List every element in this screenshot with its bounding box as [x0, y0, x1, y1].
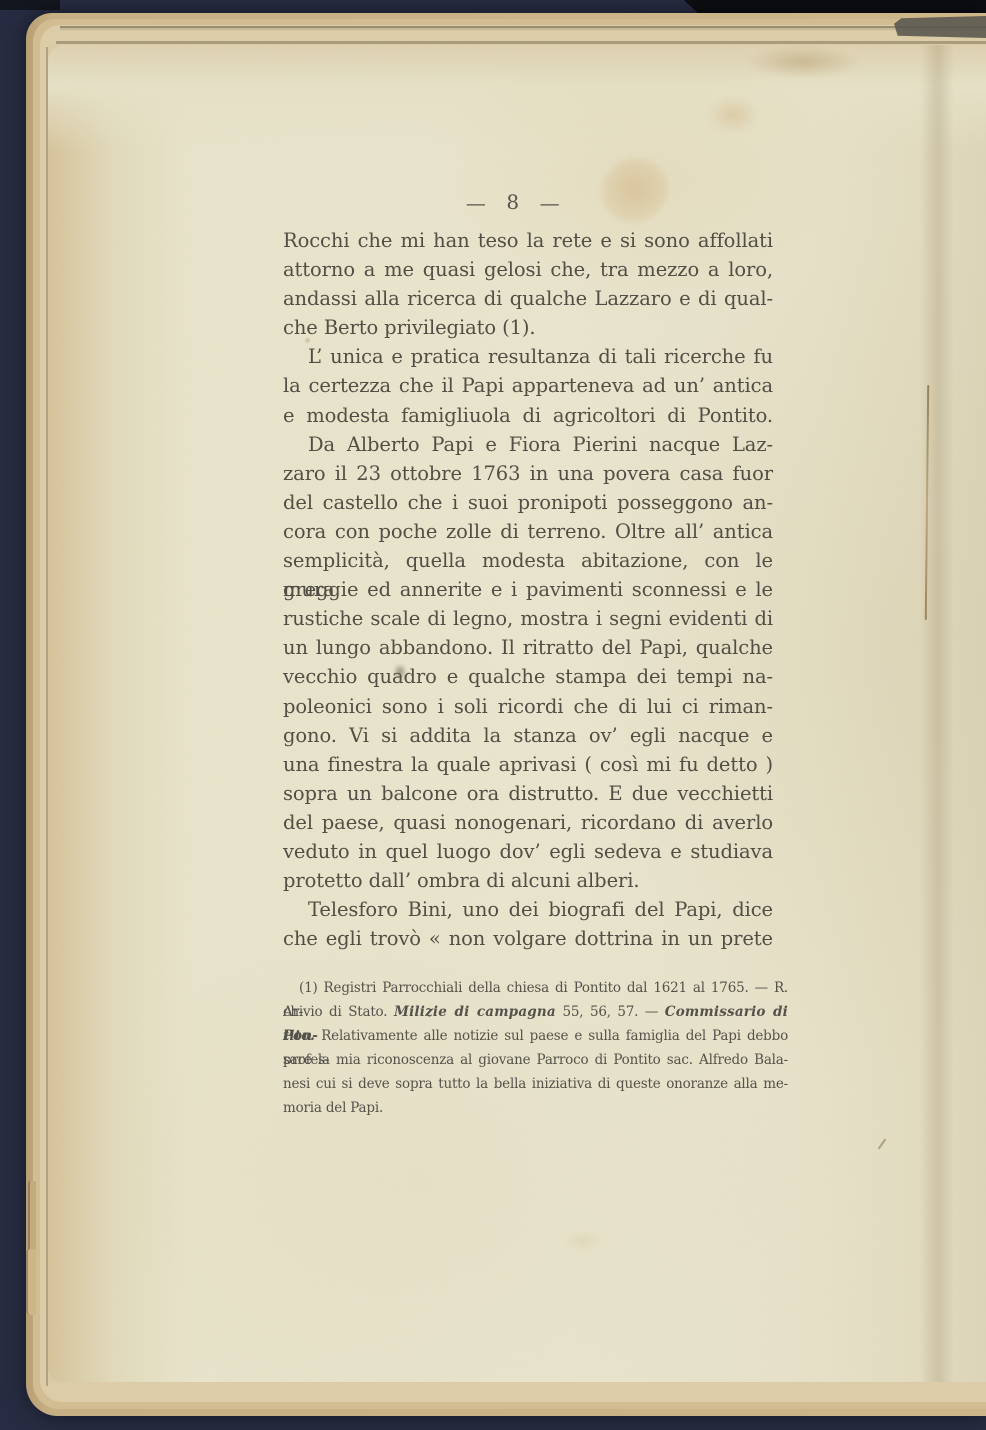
- page-number: 8: [506, 190, 519, 214]
- footnote-text: chivio di Stato.: [283, 1004, 394, 1020]
- text-line: Rocchi che mi han teso la rete e si sono…: [283, 226, 773, 255]
- text-line: semplicità, quella modesta abitazione, c…: [283, 546, 773, 575]
- text-line: attorno a me quasi gelosi che, tra mezzo…: [283, 255, 773, 284]
- torn-edge: [894, 16, 986, 38]
- page: —8— Rocchi che mi han teso la rete e si …: [48, 45, 986, 1382]
- footnote-text: 55, 56, 57. —: [556, 1004, 665, 1020]
- book: —8— Rocchi che mi han teso la rete e si …: [26, 13, 986, 1416]
- body-text: Rocchi che mi han teso la rete e si sono…: [283, 226, 773, 953]
- text-line: che Berto privilegiato (1).: [283, 313, 773, 342]
- footnote-text: nesi cui si deve sopra tutto la bella in…: [283, 1076, 788, 1092]
- text-line: andassi alla ricerca di qualche Lazzaro …: [283, 284, 773, 313]
- footnote-text: sare la mia riconoscenza al giovane Parr…: [283, 1052, 788, 1068]
- footnote-line: tito. Relativamente alle notizie sul pae…: [283, 1024, 788, 1048]
- footnote-emphasis: tito.: [283, 1028, 315, 1044]
- text-line: greggie ed annerite e i pavimenti sconne…: [283, 575, 773, 604]
- text-line: Da Alberto Papi e Fiora Pierini nacque L…: [283, 430, 773, 459]
- stain: [589, 144, 682, 235]
- text-line: cora con poche zolle di terreno. Oltre a…: [283, 517, 773, 546]
- header-dash-right: —: [540, 191, 561, 215]
- page-header: —8—: [283, 191, 743, 215]
- background-shadow: [0, 0, 60, 10]
- header-dash-left: —: [466, 191, 487, 215]
- paper-fiber: [878, 1139, 887, 1150]
- footnote-line: sare la mia riconoscenza al giovane Parr…: [283, 1048, 788, 1072]
- footnote-line: (1) Registri Parrocchiali della chiesa d…: [283, 976, 788, 1000]
- footnote-emphasis: Milizie di campagna: [394, 1004, 556, 1020]
- text-line: un lungo abbandono. Il ritratto del Papi…: [283, 633, 773, 662]
- protruding-sheet: [26, 1249, 36, 1315]
- text-line: gono. Vi si addita la stanza ov’ egli na…: [283, 721, 773, 750]
- text-line: veduto in quel luogo dov’ egli sedeva e …: [283, 837, 773, 866]
- footnote-text: moria del Papi.: [283, 1100, 383, 1116]
- text-line: del castello che i suoi pronipoti posseg…: [283, 488, 773, 517]
- text-line: protetto dall’ ombra di alcuni alberi.: [283, 866, 773, 895]
- text-line: sopra un balcone ora distrutto. E due ve…: [283, 779, 773, 808]
- scan-background: { "document": { "kind": "scanned antique…: [0, 0, 986, 1430]
- text-line: che egli trovò « non volgare dottrina in…: [283, 924, 773, 953]
- footnote-line: nesi cui si deve sopra tutto la bella in…: [283, 1072, 788, 1096]
- text-line: poleonici sono i soli ricordi che di lui…: [283, 692, 773, 721]
- text-line: la certezza che il Papi apparteneva ad u…: [283, 371, 773, 400]
- text-line: vecchio quadro e qualche stampa dei temp…: [283, 662, 773, 691]
- text-line: e modesta famigliuola di agricoltori di …: [283, 401, 773, 430]
- text-line: del paese, quasi nonogenari, ricordano d…: [283, 808, 773, 837]
- text-line: una finestra la quale aprivasi ( così mi…: [283, 750, 773, 779]
- stain: [748, 47, 858, 77]
- text-line: Telesforo Bini, uno dei biografi del Pap…: [283, 895, 773, 924]
- gutter-crease: [920, 45, 954, 1382]
- stain: [563, 1230, 603, 1252]
- deckle-edge: [60, 26, 986, 28]
- footnote-line: moria del Papi.: [283, 1096, 788, 1120]
- footnote: (1) Registri Parrocchiali della chiesa d…: [283, 976, 788, 1120]
- text-line: rustiche scale di legno, mostra i segni …: [283, 604, 773, 633]
- text-line: zaro il 23 ottobre 1763 in una povera ca…: [283, 459, 773, 488]
- deckle-edge: [56, 41, 986, 44]
- text-line: L’ unica e pratica resultanza di tali ri…: [283, 342, 773, 371]
- stain: [708, 97, 758, 133]
- footnote-line: chivio di Stato. Milizie di campagna 55,…: [283, 1000, 788, 1024]
